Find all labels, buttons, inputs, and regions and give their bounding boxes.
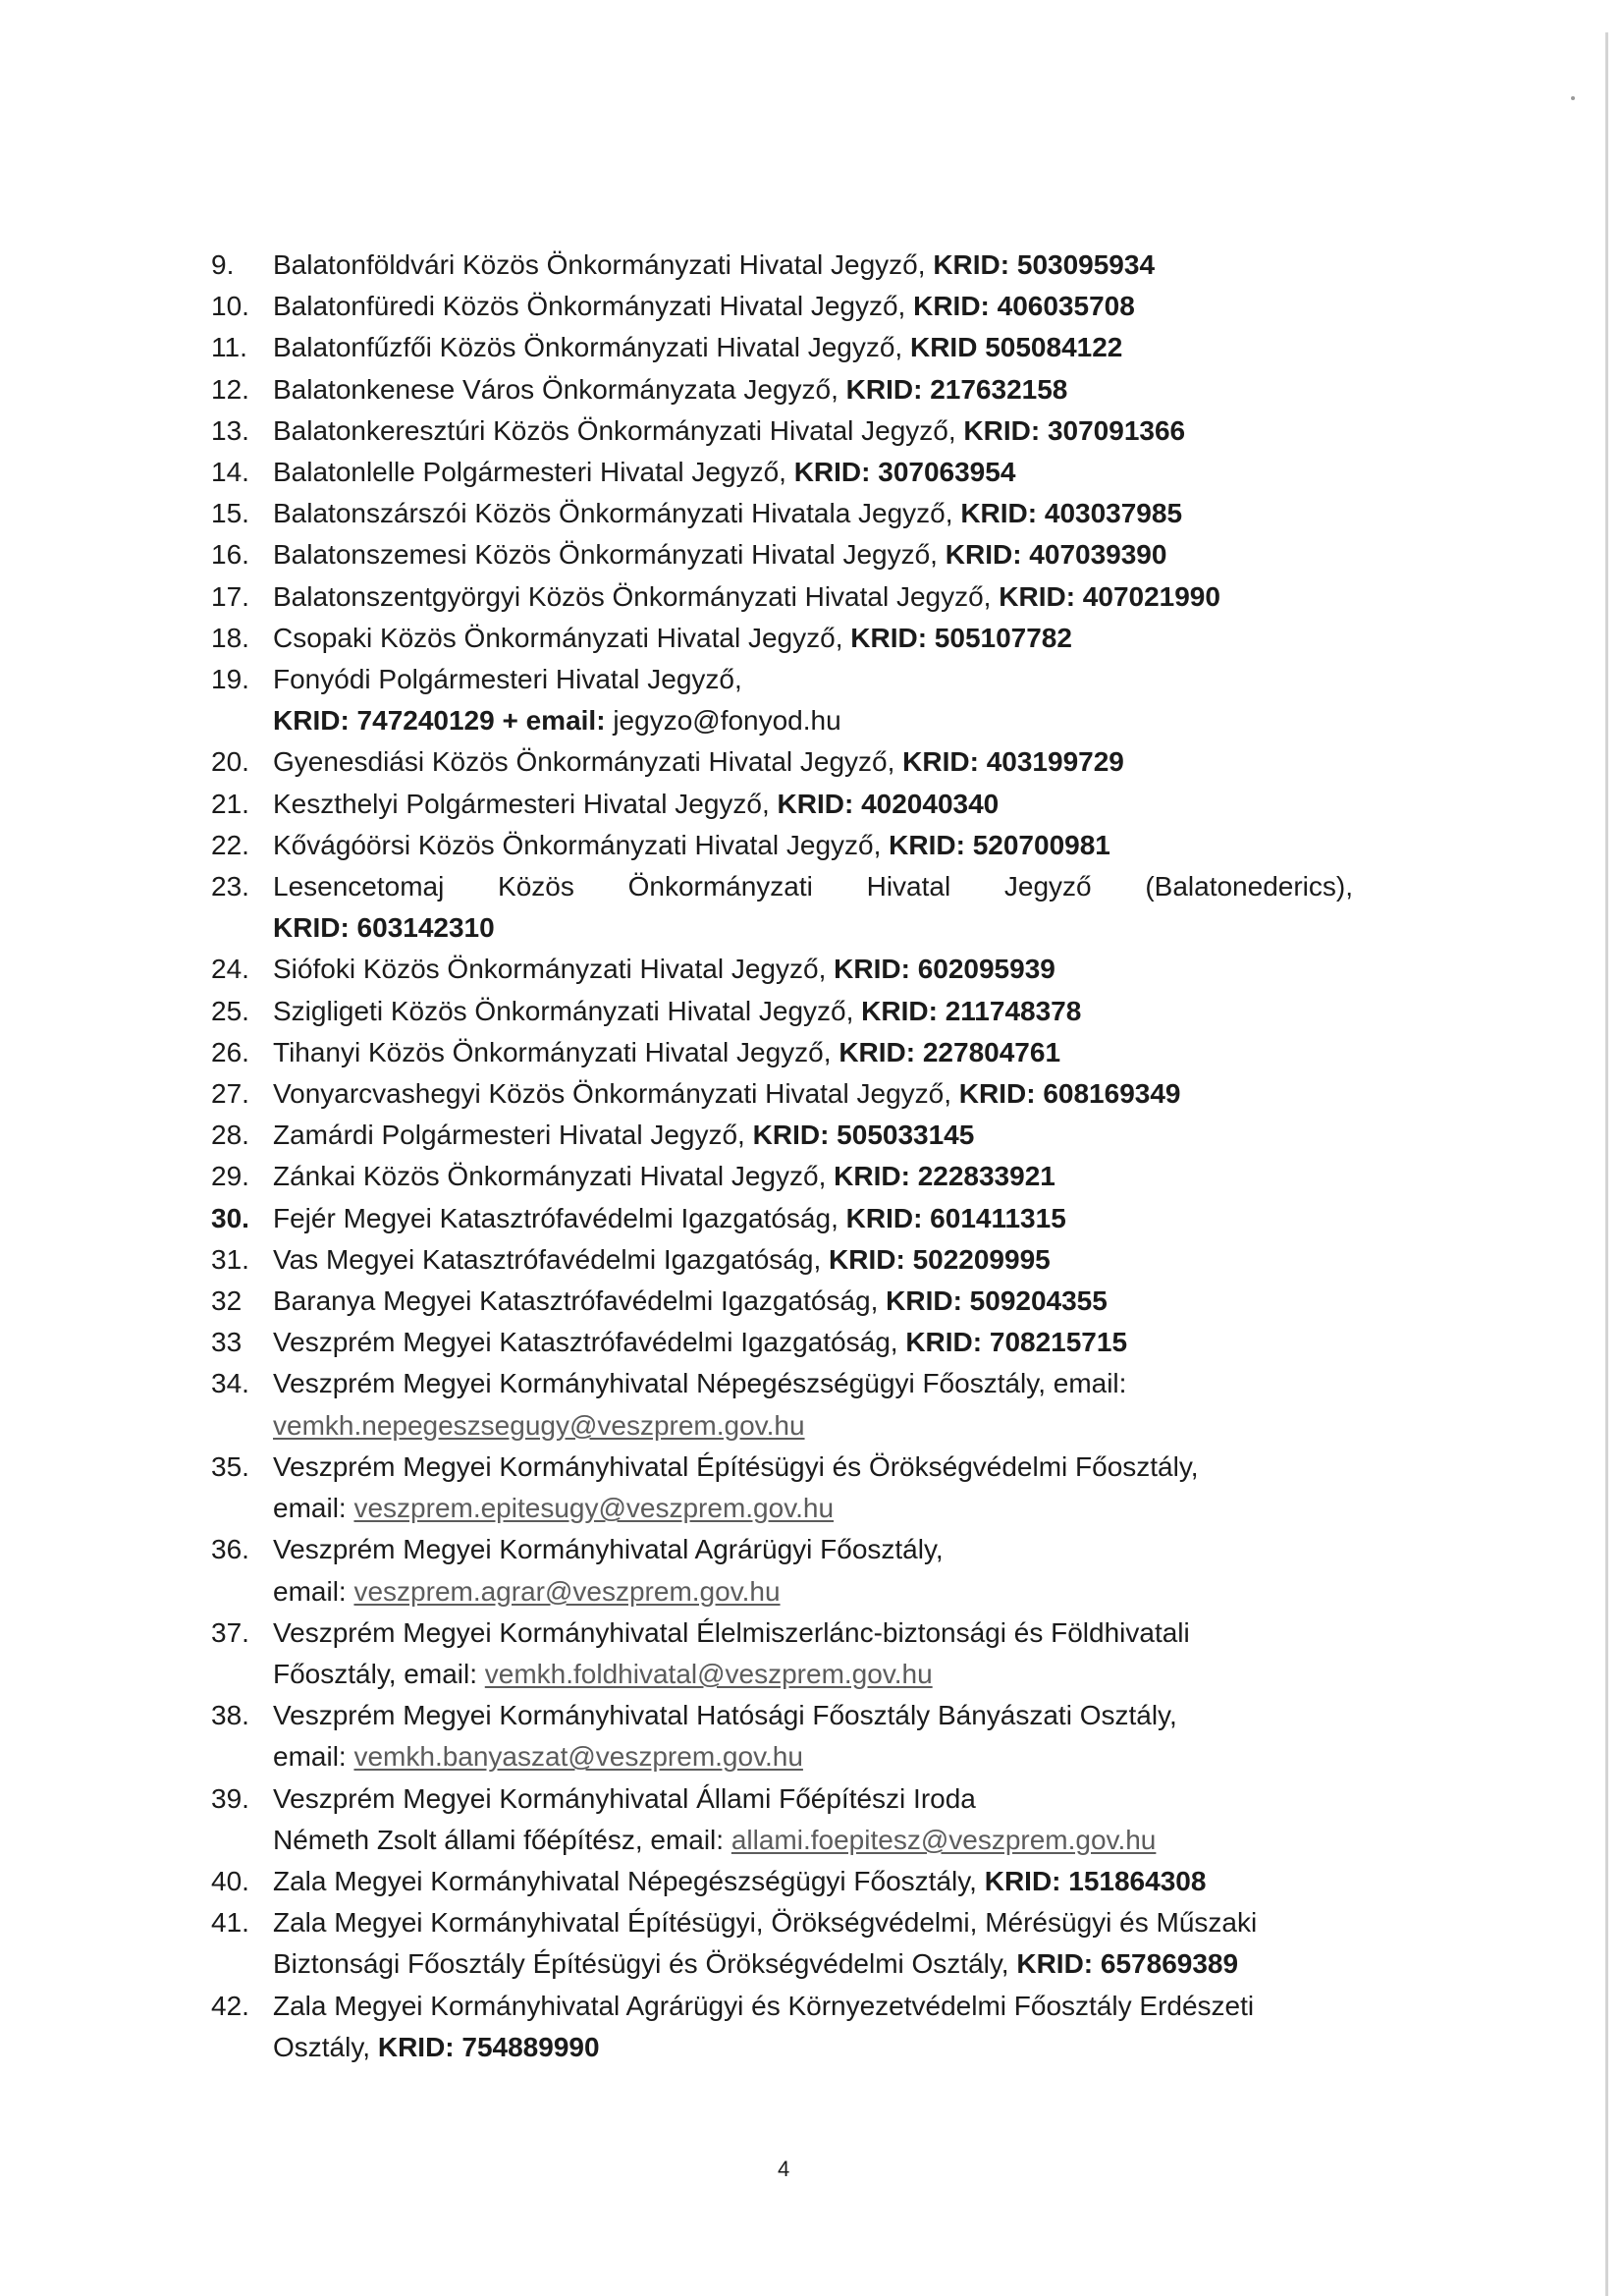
- item-number: 36.: [211, 1529, 249, 1570]
- list-item: 20.Gyenesdiási Közös Önkormányzati Hivat…: [0, 741, 1363, 783]
- item-name: Veszprém Megyei Kormányhivatal Élelmisze…: [273, 1613, 1363, 1654]
- list-item: 14.Balatonlelle Polgármesteri Hivatal Je…: [0, 452, 1363, 493]
- item-name: Balatonfüredi Közös Önkormányzati Hivata…: [273, 291, 913, 321]
- list-item: 36.Veszprém Megyei Kormányhivatal Agrárü…: [0, 1529, 1363, 1612]
- krid-value: 520700981: [973, 830, 1110, 860]
- krid-label: KRID:: [834, 1161, 918, 1191]
- item-name: Keszthelyi Polgármesteri Hivatal Jegyző,: [273, 789, 778, 819]
- krid-value: 657869389: [1101, 1948, 1238, 1979]
- krid-label: KRID:: [846, 374, 931, 405]
- krid-label: KRID:: [778, 789, 862, 819]
- list-item: 15.Balatonszárszói Közös Önkormányzati H…: [0, 493, 1363, 534]
- item-number: 39.: [211, 1778, 249, 1820]
- krid-value: 754889990: [461, 2032, 599, 2062]
- item-name: Gyenesdiási Közös Önkormányzati Hivatal …: [273, 746, 902, 777]
- list-item: 31.Vas Megyei Katasztrófavédelmi Igazgat…: [0, 1239, 1363, 1281]
- krid-label: KRID:: [850, 623, 935, 653]
- item-name-continued: Főosztály, email:: [273, 1659, 485, 1689]
- item-name: Veszprém Megyei Kormányhivatal Agrárügyi…: [273, 1529, 1363, 1570]
- item-number: 42.: [211, 1986, 249, 2027]
- krid-label: KRID:: [946, 539, 1030, 570]
- krid-value: 747240129: [357, 705, 495, 736]
- item-name: Lesencetomaj Közös Önkormányzati Hivatal…: [273, 866, 1353, 907]
- item-number: 11.: [211, 327, 247, 368]
- krid-label: KRID:: [933, 249, 1017, 280]
- list-item: 19.Fonyódi Polgármesteri Hivatal Jegyző,…: [0, 659, 1363, 741]
- krid-label: KRID:: [960, 498, 1045, 528]
- list-item: 42.Zala Megyei Kormányhivatal Agrárügyi …: [0, 1986, 1363, 2068]
- item-number: 28.: [211, 1115, 249, 1156]
- item-name: Balatonszárszói Közös Önkormányzati Hiva…: [273, 498, 960, 528]
- recipient-list: 9.Balatonföldvári Közös Önkormányzati Hi…: [0, 245, 1623, 2068]
- item-name: Szigligeti Közös Önkormányzati Hivatal J…: [273, 996, 861, 1026]
- list-item: 29.Zánkai Közös Önkormányzati Hivatal Je…: [0, 1156, 1363, 1197]
- krid-value: 608169349: [1043, 1078, 1180, 1109]
- krid-label: KRID:: [794, 457, 879, 487]
- item-number: 34.: [211, 1363, 249, 1404]
- item-name: Baranya Megyei Katasztrófavédelmi Igazga…: [273, 1285, 886, 1316]
- krid-label: KRID:: [905, 1327, 990, 1357]
- email-link[interactable]: vemkh.foldhivatal@veszprem.gov.hu: [485, 1659, 933, 1689]
- krid-label: KRID:: [861, 996, 946, 1026]
- list-item: 25.Szigligeti Közös Önkormányzati Hivata…: [0, 991, 1363, 1032]
- list-item: 39.Veszprém Megyei Kormányhivatal Állami…: [0, 1778, 1363, 1861]
- item-name: Balatonkeresztúri Közös Önkormányzati Hi…: [273, 415, 963, 446]
- list-item: 37.Veszprém Megyei Kormányhivatal Élelmi…: [0, 1613, 1363, 1695]
- krid-value: 222833921: [918, 1161, 1055, 1191]
- krid-value: 505084122: [985, 332, 1122, 362]
- list-item: 32Baranya Megyei Katasztrófavédelmi Igaz…: [0, 1281, 1363, 1322]
- item-name: Zánkai Közös Önkormányzati Hivatal Jegyz…: [273, 1161, 834, 1191]
- item-number: 35.: [211, 1447, 249, 1488]
- item-number: 33: [211, 1322, 242, 1363]
- krid-label: KRID:: [846, 1203, 931, 1233]
- email-label: email:: [273, 1741, 353, 1772]
- email-link[interactable]: allami.foepitesz@veszprem.gov.hu: [731, 1825, 1157, 1855]
- item-number: 12.: [211, 369, 249, 410]
- krid-value: 402040340: [861, 789, 999, 819]
- krid-label: KRID:: [985, 1866, 1069, 1896]
- krid-value: 407039390: [1029, 539, 1166, 570]
- krid-label: KRID:: [902, 746, 987, 777]
- list-item: 30.Fejér Megyei Katasztrófavédelmi Igazg…: [0, 1198, 1363, 1239]
- krid-label: KRID:: [753, 1120, 838, 1150]
- krid-label: KRID:: [273, 912, 357, 943]
- krid-label: KRID:: [959, 1078, 1044, 1109]
- item-name: Balatonszemesi Közös Önkormányzati Hivat…: [273, 539, 946, 570]
- item-number: 38.: [211, 1695, 249, 1736]
- list-item: 26.Tihanyi Közös Önkormányzati Hivatal J…: [0, 1032, 1363, 1073]
- krid-value: 502209995: [913, 1244, 1051, 1275]
- item-number: 20.: [211, 741, 249, 783]
- list-item: 23.Lesencetomaj Közös Önkormányzati Hiva…: [0, 866, 1363, 949]
- item-number: 21.: [211, 784, 249, 825]
- item-name-continued: Osztály,: [273, 2032, 378, 2062]
- krid-label: KRID:: [839, 1037, 923, 1067]
- krid-value: 211748378: [946, 996, 1082, 1026]
- item-number: 22.: [211, 825, 249, 866]
- item-number: 32: [211, 1281, 242, 1322]
- item-name: Zala Megyei Kormányhivatal Agrárügyi és …: [273, 1986, 1363, 2027]
- item-number: 24.: [211, 949, 249, 990]
- list-item: 35.Veszprém Megyei Kormányhivatal Építés…: [0, 1447, 1363, 1529]
- list-item: 11.Balatonfűzfői Közös Önkormányzati Hiv…: [0, 327, 1363, 368]
- krid-value: 602095939: [918, 954, 1055, 984]
- krid-value: 403037985: [1045, 498, 1182, 528]
- krid-value: 227804761: [923, 1037, 1060, 1067]
- list-item: 22.Kővágóörsi Közös Önkormányzati Hivata…: [0, 825, 1363, 866]
- krid-value: 603142310: [357, 912, 495, 943]
- krid-label: KRID:: [1016, 1948, 1101, 1979]
- item-name: Tihanyi Közös Önkormányzati Hivatal Jegy…: [273, 1037, 839, 1067]
- item-name: Veszprém Megyei Kormányhivatal Állami Fő…: [273, 1778, 1363, 1820]
- list-item: 24.Siófoki Közös Önkormányzati Hivatal J…: [0, 949, 1363, 990]
- item-name: Fejér Megyei Katasztrófavédelmi Igazgató…: [273, 1203, 846, 1233]
- krid-value: 505033145: [837, 1120, 974, 1150]
- item-name: Balatonkenese Város Önkormányzata Jegyző…: [273, 374, 846, 405]
- krid-label: KRID:: [378, 2032, 462, 2062]
- item-number: 19.: [211, 659, 249, 700]
- list-item: 40.Zala Megyei Kormányhivatal Népegészsé…: [0, 1861, 1363, 1902]
- krid-label: KRID:: [886, 1285, 970, 1316]
- krid-label: KRID:: [913, 291, 998, 321]
- item-name: Kővágóörsi Közös Önkormányzati Hivatal J…: [273, 830, 889, 860]
- page-number: 4: [778, 2157, 789, 2182]
- item-number: 27.: [211, 1073, 249, 1115]
- list-item: 9.Balatonföldvári Közös Önkormányzati Hi…: [0, 245, 1363, 286]
- krid-value: 505107782: [935, 623, 1072, 653]
- item-name-continued: Németh Zsolt állami főépítész, email:: [273, 1825, 731, 1855]
- item-name: Balatonfűzfői Közös Önkormányzati Hivata…: [273, 332, 910, 362]
- item-number: 29.: [211, 1156, 249, 1197]
- list-item: 13.Balatonkeresztúri Közös Önkormányzati…: [0, 410, 1363, 452]
- krid-label: KRID:: [834, 954, 918, 984]
- list-item: 17.Balatonszentgyörgyi Közös Önkormányza…: [0, 576, 1363, 618]
- item-number: 14.: [211, 452, 249, 493]
- krid-label: KRID:: [273, 705, 357, 736]
- scan-speck: [1571, 96, 1575, 100]
- item-name-continued: Biztonsági Főosztály Építésügyi és Öröks…: [273, 1948, 1016, 1979]
- item-name: Veszprém Megyei Katasztrófavédelmi Igazg…: [273, 1327, 905, 1357]
- krid-value: 509204355: [970, 1285, 1108, 1316]
- krid-value: 407021990: [1083, 581, 1220, 612]
- krid-label: KRID:: [889, 830, 973, 860]
- item-number: 13.: [211, 410, 249, 452]
- item-number: 41.: [211, 1902, 249, 1943]
- item-name: Balatonszentgyörgyi Közös Önkormányzati …: [273, 581, 999, 612]
- item-number: 40.: [211, 1861, 249, 1902]
- item-name: Balatonlelle Polgármesteri Hivatal Jegyz…: [273, 457, 794, 487]
- email-link[interactable]: veszprem.agrar@veszprem.gov.hu: [353, 1576, 780, 1607]
- krid-value: 217632158: [930, 374, 1067, 405]
- list-item: 16.Balatonszemesi Közös Önkormányzati Hi…: [0, 534, 1363, 575]
- krid-label: KRID:: [963, 415, 1048, 446]
- item-name: Veszprém Megyei Kormányhivatal Népegészs…: [273, 1363, 1363, 1404]
- item-name: Zamárdi Polgármesteri Hivatal Jegyző,: [273, 1120, 753, 1150]
- krid-value: 708215715: [990, 1327, 1127, 1357]
- list-item: 10.Balatonfüredi Közös Önkormányzati Hiv…: [0, 286, 1363, 327]
- item-number: 17.: [211, 576, 249, 618]
- email-label: email:: [273, 1576, 353, 1607]
- item-name: Siófoki Közös Önkormányzati Hivatal Jegy…: [273, 954, 834, 984]
- email-link[interactable]: veszprem.epitesugy@veszprem.gov.hu: [353, 1493, 834, 1523]
- item-name: Vas Megyei Katasztrófavédelmi Igazgatósá…: [273, 1244, 829, 1275]
- item-name: Veszprém Megyei Kormányhivatal Hatósági …: [273, 1695, 1363, 1736]
- list-item: 34.Veszprém Megyei Kormányhivatal Népegé…: [0, 1363, 1363, 1446]
- krid-value: 307063954: [878, 457, 1015, 487]
- email-label: email:: [273, 1493, 353, 1523]
- item-number: 15.: [211, 493, 249, 534]
- list-item: 27.Vonyarcvashegyi Közös Önkormányzati H…: [0, 1073, 1363, 1115]
- krid-label: KRID:: [829, 1244, 913, 1275]
- list-item: 38.Veszprém Megyei Kormányhivatal Hatósá…: [0, 1695, 1363, 1777]
- item-number: 16.: [211, 534, 249, 575]
- list-item: 33Veszprém Megyei Katasztrófavédelmi Iga…: [0, 1322, 1363, 1363]
- krid-value: 151864308: [1068, 1866, 1206, 1896]
- item-name: Fonyódi Polgármesteri Hivatal Jegyző,: [273, 659, 1363, 700]
- krid-value: 503095934: [1017, 249, 1155, 280]
- item-number: 30.: [211, 1198, 249, 1239]
- item-number: 9.: [211, 245, 234, 286]
- item-number: 23.: [211, 866, 249, 907]
- item-name: Csopaki Közös Önkormányzati Hivatal Jegy…: [273, 623, 850, 653]
- krid-value: 307091366: [1048, 415, 1185, 446]
- email-link[interactable]: vemkh.nepegeszsegugy@veszprem.gov.hu: [273, 1410, 805, 1441]
- krid-label: KRID: [910, 332, 985, 362]
- krid-value: 601411315: [930, 1203, 1066, 1233]
- item-number: 10.: [211, 286, 249, 327]
- email-link[interactable]: vemkh.banyaszat@veszprem.gov.hu: [353, 1741, 802, 1772]
- krid-value: 403199729: [987, 746, 1124, 777]
- krid-value: 406035708: [998, 291, 1135, 321]
- list-item: 21.Keszthelyi Polgármesteri Hivatal Jegy…: [0, 784, 1363, 825]
- email-address[interactable]: jegyzo@fonyod.hu: [613, 705, 840, 736]
- email-label: + email:: [495, 705, 614, 736]
- item-name: Zala Megyei Kormányhivatal Népegészségüg…: [273, 1866, 985, 1896]
- list-item: 28.Zamárdi Polgármesteri Hivatal Jegyző,…: [0, 1115, 1363, 1156]
- item-name: Vonyarcvashegyi Közös Önkormányzati Hiva…: [273, 1078, 959, 1109]
- item-name: Zala Megyei Kormányhivatal Építésügyi, Ö…: [273, 1902, 1363, 1943]
- krid-label: KRID:: [999, 581, 1083, 612]
- list-item: 41.Zala Megyei Kormányhivatal Építésügyi…: [0, 1902, 1363, 1985]
- list-item: 18.Csopaki Közös Önkormányzati Hivatal J…: [0, 618, 1363, 659]
- item-number: 18.: [211, 618, 249, 659]
- item-number: 25.: [211, 991, 249, 1032]
- item-name: Balatonföldvári Közös Önkormányzati Hiva…: [273, 249, 933, 280]
- item-number: 31.: [211, 1239, 249, 1281]
- list-item: 12.Balatonkenese Város Önkormányzata Jeg…: [0, 369, 1363, 410]
- item-number: 37.: [211, 1613, 249, 1654]
- item-number: 26.: [211, 1032, 249, 1073]
- item-name: Veszprém Megyei Kormányhivatal Építésügy…: [273, 1447, 1363, 1488]
